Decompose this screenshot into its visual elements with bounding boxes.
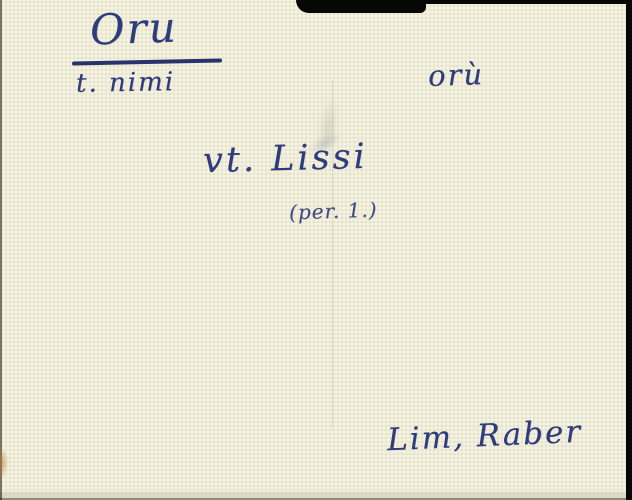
name-category-text: t. nimi xyxy=(76,67,176,99)
index-card: Oru t. nimi orù vt. Lissi (per. 1.) Lim,… xyxy=(0,0,626,500)
scan-background: Oru t. nimi orù vt. Lissi (per. 1.) Lim,… xyxy=(0,0,632,500)
headword-underline xyxy=(72,58,222,65)
attribution-text: Lim, Raber xyxy=(386,414,583,458)
cross-reference-text: vt. Lissi xyxy=(203,137,369,181)
scan-top-edge xyxy=(299,0,632,4)
orange-edge-smudge xyxy=(0,448,8,478)
scan-right-edge xyxy=(626,0,632,500)
headword-text: Oru xyxy=(89,2,178,54)
cross-reference-note-text: (per. 1.) xyxy=(289,197,378,224)
dialect-pronunciation-text: orù xyxy=(427,57,484,93)
scan-left-edge xyxy=(0,0,2,500)
